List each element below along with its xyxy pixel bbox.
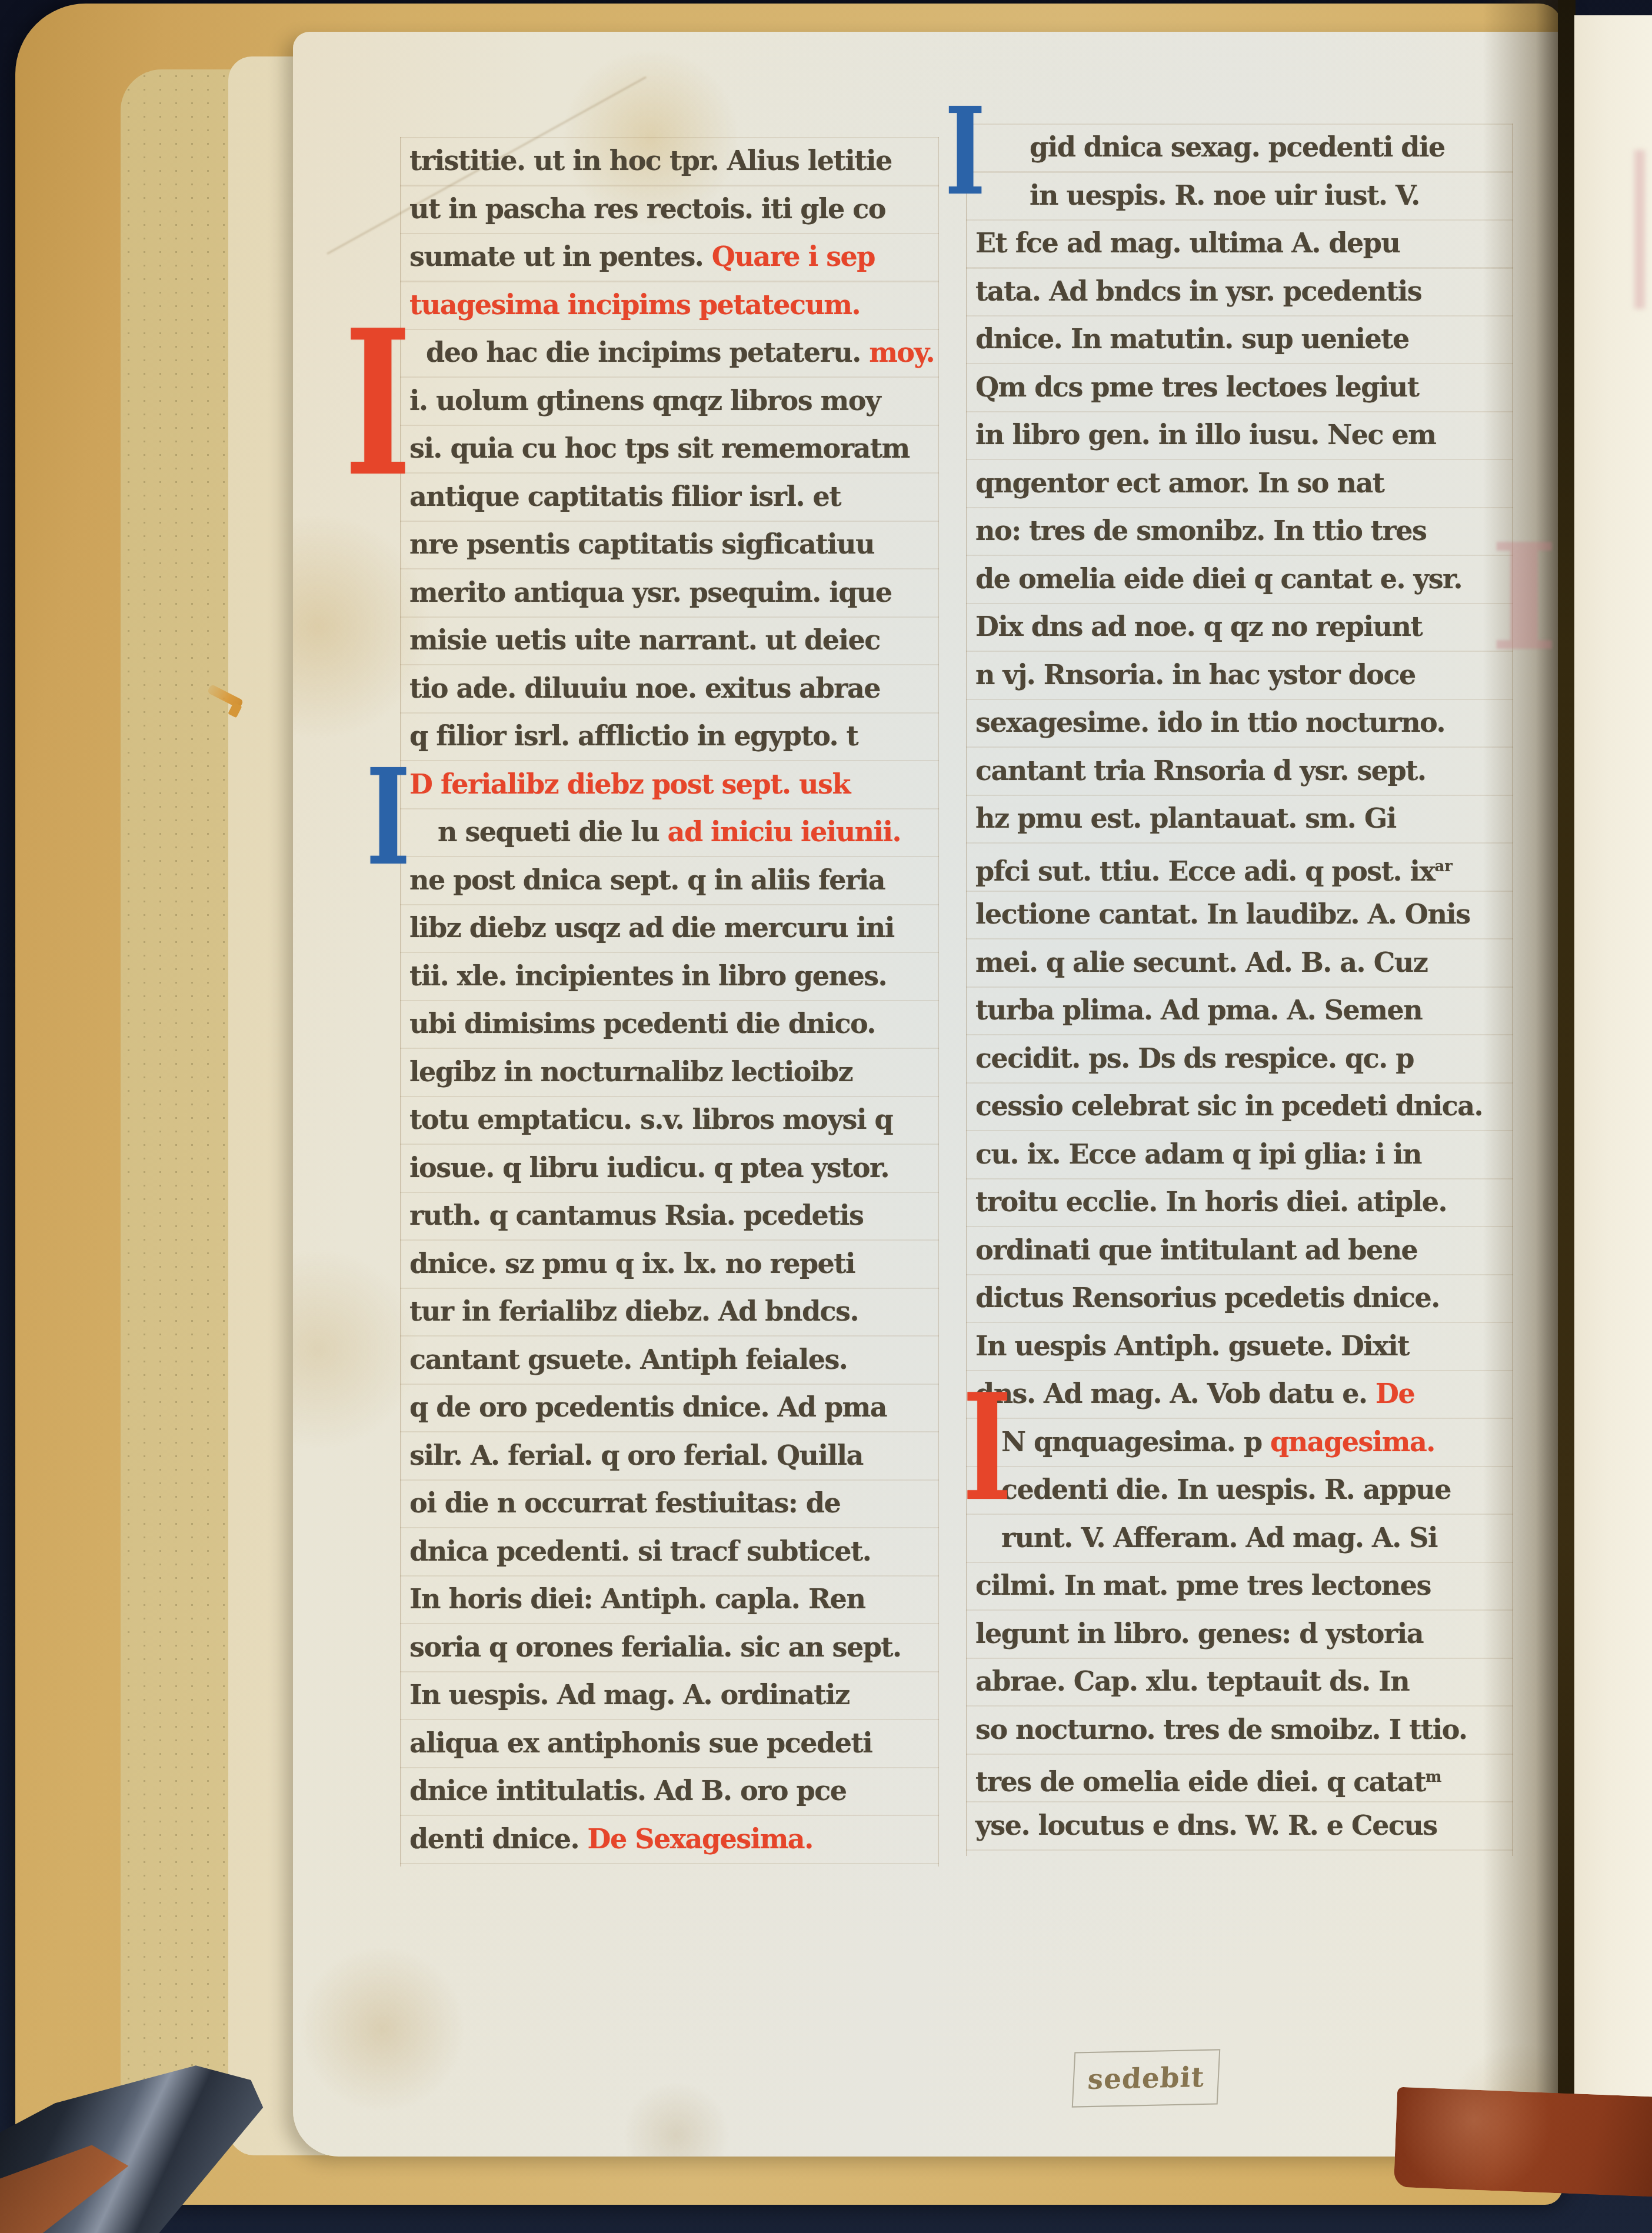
text-column-right: gid dnica sexag. pcedenti diein uespis. … (966, 124, 1513, 1856)
body-text: hz pmu est. plantauat. sm. Gi (975, 802, 1396, 834)
text-line: no: tres de smonibz. In ttio tres (975, 507, 1512, 555)
text-line: sumate ut in pentes. Quare i sep (409, 233, 938, 281)
text-line: troitu ecclie. In horis diei. atiple. (975, 1178, 1512, 1227)
body-text: merito antiqua ysr. psequim. ique (409, 576, 892, 608)
text-line: tres de omelia eide diei. q catatm (975, 1754, 1512, 1802)
text-line: ut in pascha res rectois. iti gle co (409, 185, 938, 234)
body-text: sexagesime. ido in ttio nocturno. (975, 706, 1445, 738)
body-text: no: tres de smonibz. In ttio tres (975, 515, 1427, 546)
body-text: totu emptaticu. s.v. libros moysi q (409, 1104, 892, 1135)
flyleaf-label-text: sedebit (1087, 2061, 1205, 2095)
body-text: sumate ut in pentes. (409, 241, 712, 272)
body-text: in libro gen. in illo iusu. Nec em (975, 419, 1436, 451)
text-line: totu emptaticu. s.v. libros moysi q (409, 1096, 938, 1144)
text-line: legunt in libro. genes: d ystoria (975, 1610, 1512, 1658)
manuscript-photo: tristitie. ut in hoc tpr. Alius letitieu… (0, 0, 1652, 2233)
text-line: Qm dcs pme tres lectoes legiut (975, 364, 1512, 412)
illuminated-initial: I (945, 102, 985, 201)
text-line: pfci sut. ttiu. Ecce adi. q post. ixar (975, 843, 1512, 891)
body-text: dnice. sz pmu q ix. lx. no repeti (409, 1248, 855, 1279)
text-line: n sequeti die lu ad iniciu ieiunii. (409, 808, 938, 856)
text-line: cedenti die. In uespis. R. appue (975, 1466, 1512, 1514)
body-text: n sequeti die lu (438, 816, 668, 848)
text-line: dnice. sz pmu q ix. lx. no repeti (409, 1240, 938, 1288)
text-line: abrae. Cap. xlu. teptauit ds. In (975, 1658, 1512, 1706)
text-line: ruth. q cantamus Rsia. pcedetis (409, 1192, 938, 1240)
flyleaf-label-box: sedebit (1072, 2049, 1221, 2107)
rubric-text: moy. (869, 336, 934, 368)
body-text: In uespis. Ad mag. A. ordinatiz (409, 1679, 850, 1711)
text-line: runt. V. Afferam. Ad mag. A. Si (975, 1514, 1512, 1562)
body-text: i. uolum gtinens qnqz libros moy (409, 385, 880, 416)
text-line: antique captitatis filior isrl. et (409, 473, 938, 521)
rubric-text: ad iniciu ieiunii. (668, 816, 901, 848)
rubric-text: D ferialibz diebz post sept. usk (409, 768, 850, 800)
body-text: misie uetis uite narrant. ut deiec (409, 624, 880, 656)
rubric-text: tuagesima incipims petatecum. (409, 289, 860, 321)
text-line: dnice. In matutin. sup ueniete (975, 315, 1512, 364)
text-line: aliqua ex antiphonis sue pcedeti (409, 1719, 938, 1768)
body-text: Et fce ad mag. ultima A. depu (975, 227, 1400, 259)
body-text: m (1425, 1768, 1442, 1786)
text-line: gid dnica sexag. pcedenti die (975, 124, 1512, 172)
body-text: gid dnica sexag. pcedenti die (1030, 131, 1445, 163)
text-line: yse. locutus e dns. W. R. e Cecus (975, 1802, 1512, 1850)
body-text: yse. locutus e dns. W. R. e Cecus (975, 1809, 1437, 1841)
text-line: i. uolum gtinens qnqz libros moy (409, 377, 938, 425)
body-text: ar (1434, 858, 1453, 875)
body-text: cantant gsuete. Antiph feiales. (409, 1344, 847, 1375)
rubric-text: De (1375, 1378, 1414, 1409)
text-line: cessio celebrat sic in pcedeti dnica. (975, 1082, 1512, 1131)
text-line: tur in ferialibz diebz. Ad bndcs. (409, 1288, 938, 1336)
text-line: cilmi. In mat. pme tres lectones (975, 1562, 1512, 1610)
body-text: pfci sut. ttiu. Ecce adi. q post. ix (975, 855, 1434, 887)
body-text: nre psentis captitatis sigficatiuu (409, 528, 874, 560)
body-text: tur in ferialibz diebz. Ad bndcs. (409, 1295, 858, 1327)
body-text: cilmi. In mat. pme tres lectones (975, 1569, 1431, 1601)
text-line: In uespis Antiph. gsuete. Dixit (975, 1322, 1512, 1371)
text-line: in libro gen. in illo iusu. Nec em (975, 411, 1512, 459)
rubric-text: qnagesima. (1270, 1426, 1435, 1458)
text-line: sexagesime. ido in ttio nocturno. (975, 699, 1512, 747)
body-text: silr. A. ferial. q oro ferial. Quilla (409, 1439, 863, 1471)
body-text: tres de omelia eide diei. q catat (975, 1766, 1425, 1798)
body-text: dnice. In matutin. sup ueniete (975, 323, 1409, 355)
text-line: ne post dnica sept. q in aliis feria (409, 856, 938, 905)
text-line: dns. Ad mag. A. Vob datu e. De (975, 1370, 1512, 1418)
body-text: Dix dns ad noe. q qz no repiunt (975, 611, 1422, 642)
body-text: In horis diei: Antiph. capla. Ren (409, 1583, 865, 1615)
text-line: Et fce ad mag. ultima A. depu (975, 219, 1512, 268)
body-text: dns. Ad mag. A. Vob datu e. (975, 1378, 1375, 1409)
body-text: q filior isrl. afflictio in egypto. t (409, 720, 858, 752)
rubric-text: De Sexagesima. (588, 1823, 813, 1855)
body-text: ruth. q cantamus Rsia. pcedetis (409, 1199, 863, 1231)
text-line: denti dnice. De Sexagesima. (409, 1815, 938, 1864)
body-text: antique captitatis filior isrl. et (409, 481, 841, 512)
body-text: tii. xle. incipientes in libro genes. (409, 960, 887, 992)
body-text: lectione cantat. In laudibz. A. Onis (975, 898, 1470, 930)
text-line: de omelia eide diei q cantat e. ysr. (975, 555, 1512, 604)
body-text: q de oro pcedentis dnice. Ad pma (409, 1391, 887, 1423)
leather-cover-edge (1394, 2087, 1652, 2197)
text-line: tio ade. diluuiu noe. exitus abrae (409, 665, 938, 713)
text-line: In uespis. Ad mag. A. ordinatiz (409, 1671, 938, 1719)
text-line: iosue. q libru iudicu. q ptea ystor. (409, 1144, 938, 1192)
body-text: so nocturno. tres de smoibz. I ttio. (975, 1714, 1467, 1745)
text-line: mei. q alie secunt. Ad. B. a. Cuz (975, 939, 1512, 987)
body-text: Qm dcs pme tres lectoes legiut (975, 371, 1419, 403)
binding-gutter (1558, 0, 1576, 2186)
text-line: ordinati que intitulant ad bene (975, 1227, 1512, 1275)
text-line: oi die n occurrat festiuitas: de (409, 1479, 938, 1528)
body-text: qngentor ect amor. In so nat (975, 467, 1384, 499)
text-line: Dix dns ad noe. q qz no repiunt (975, 603, 1512, 651)
text-column-left: tristitie. ut in hoc tpr. Alius letitieu… (400, 137, 939, 1867)
ink-showthrough-streak (1634, 150, 1645, 309)
body-text: cessio celebrat sic in pcedeti dnica. (975, 1090, 1483, 1122)
body-text: In uespis Antiph. gsuete. Dixit (975, 1330, 1409, 1362)
body-text: tristitie. ut in hoc tpr. Alius letitie (409, 145, 892, 176)
body-text: libz diebz usqz ad die mercuru ini (409, 912, 894, 944)
facing-page-edge (1574, 15, 1652, 2192)
text-line: hz pmu est. plantauat. sm. Gi (975, 795, 1512, 843)
body-text: dictus Rensorius pcedetis dnice. (975, 1282, 1440, 1314)
body-text: runt. V. Afferam. Ad mag. A. Si (1001, 1522, 1437, 1554)
text-line: q filior isrl. afflictio in egypto. t (409, 712, 938, 761)
text-line: dictus Rensorius pcedetis dnice. (975, 1274, 1512, 1322)
text-line: legibz in nocturnalibz lectioibz (409, 1048, 938, 1096)
body-text: mei. q alie secunt. Ad. B. a. Cuz (975, 946, 1427, 978)
text-line: n vj. Rnsoria. in hac ystor doce (975, 651, 1512, 699)
text-line: In horis diei: Antiph. capla. Ren (409, 1575, 938, 1624)
text-line: misie uetis uite narrant. ut deiec (409, 616, 938, 665)
text-line: D ferialibz diebz post sept. usk (409, 761, 938, 809)
body-text: tio ade. diluuiu noe. exitus abrae (409, 672, 880, 704)
rubric-text: Quare i sep (712, 241, 875, 272)
text-line: cantant gsuete. Antiph feiales. (409, 1336, 938, 1384)
text-line: merito antiqua ysr. psequim. ique (409, 569, 938, 617)
illuminated-initial: I (962, 1387, 1012, 1508)
illuminated-initial: I (344, 322, 412, 486)
body-text: cecidit. ps. Ds ds respice. qc. p (975, 1042, 1414, 1074)
body-text: legunt in libro. genes: d ystoria (975, 1618, 1423, 1649)
body-text: dnice intitulatis. Ad B. oro pce (409, 1775, 846, 1807)
body-text: turba plima. Ad pma. A. Semen (975, 994, 1422, 1026)
text-line: dnice intitulatis. Ad B. oro pce (409, 1767, 938, 1815)
text-line: libz diebz usqz ad die mercuru ini (409, 904, 938, 952)
body-text: in uespis. R. noe uir iust. V. (1030, 179, 1420, 211)
body-text: denti dnice. (409, 1823, 588, 1855)
body-text: si. quia cu hoc tps sit rememoratm (409, 432, 910, 464)
text-line: cantant tria Rnsoria d ysr. sept. (975, 747, 1512, 795)
text-line: lectione cantat. In laudibz. A. Onis (975, 891, 1512, 939)
body-text: deo hac die incipims petateru. (426, 336, 869, 368)
body-text: ordinati que intitulant ad bene (975, 1234, 1417, 1266)
body-text: cedenti die. In uespis. R. appue (1001, 1474, 1451, 1505)
text-line: cu. ix. Ecce adam q ipi glia: i in (975, 1131, 1512, 1179)
text-line: silr. A. ferial. q oro ferial. Quilla (409, 1432, 938, 1480)
text-line: ubi dimisims pcedenti die dnico. (409, 1000, 938, 1048)
text-line: dnica pcedenti. si tracf subticet. (409, 1528, 938, 1576)
body-text: soria q orones ferialia. sic an sept. (409, 1631, 901, 1663)
text-line: soria q orones ferialia. sic an sept. (409, 1624, 938, 1672)
text-line: si. quia cu hoc tps sit rememoratm (409, 425, 938, 473)
body-text: ne post dnica sept. q in aliis feria (409, 864, 885, 896)
showthrough-initial: I (1490, 518, 1531, 676)
text-line: qngentor ect amor. In so nat (975, 459, 1512, 508)
body-text: N qnquagesima. p (1001, 1426, 1270, 1458)
body-text: tata. Ad bndcs in ysr. pcedentis (975, 275, 1421, 307)
body-text: troitu ecclie. In horis diei. atiple. (975, 1186, 1447, 1218)
body-text: cantant tria Rnsoria d ysr. sept. (975, 755, 1426, 786)
text-line: N qnquagesima. p qnagesima. (975, 1418, 1512, 1467)
text-line: tii. xle. incipientes in libro genes. (409, 952, 938, 1001)
body-text: abrae. Cap. xlu. teptauit ds. In (975, 1665, 1409, 1697)
body-text: ut in pascha res rectois. iti gle co (409, 193, 885, 225)
text-line: tata. Ad bndcs in ysr. pcedentis (975, 268, 1512, 316)
text-line: tuagesima incipims petatecum. (409, 281, 938, 329)
body-text: legibz in nocturnalibz lectioibz (409, 1056, 852, 1088)
body-text: oi die n occurrat festiuitas: de (409, 1487, 840, 1519)
body-text: cu. ix. Ecce adam q ipi glia: i in (975, 1138, 1421, 1170)
text-line: in uespis. R. noe uir iust. V. (975, 172, 1512, 220)
text-line: turba plima. Ad pma. A. Semen (975, 986, 1512, 1035)
illuminated-initial: I (366, 764, 411, 872)
body-text: ubi dimisims pcedenti die dnico. (409, 1008, 875, 1039)
text-line: cecidit. ps. Ds ds respice. qc. p (975, 1035, 1512, 1083)
text-line: tristitie. ut in hoc tpr. Alius letitie (409, 137, 938, 185)
body-text: dnica pcedenti. si tracf subticet. (409, 1535, 871, 1567)
text-line: q de oro pcedentis dnice. Ad pma (409, 1384, 938, 1432)
text-line: deo hac die incipims petateru. moy. (409, 329, 938, 377)
body-text: de omelia eide diei q cantat e. ysr. (975, 563, 1462, 595)
text-line: so nocturno. tres de smoibz. I ttio. (975, 1706, 1512, 1754)
text-line: nre psentis captitatis sigficatiuu (409, 521, 938, 569)
body-text: iosue. q libru iudicu. q ptea ystor. (409, 1152, 889, 1184)
body-text: aliqua ex antiphonis sue pcedeti (409, 1727, 872, 1759)
body-text: n vj. Rnsoria. in hac ystor doce (975, 659, 1415, 691)
